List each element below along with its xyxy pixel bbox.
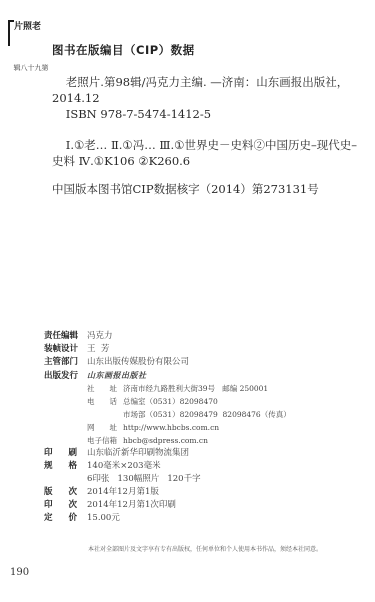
publisher-address: 社 址 济南市经九路胜利大街39号 邮编 250001 xyxy=(44,382,364,395)
page-number: 190 xyxy=(10,567,29,578)
credit-specs-continued: 6印张 130幅照片 120千字 xyxy=(44,473,364,486)
publisher-logo: 山东画报出版社 xyxy=(87,369,147,382)
title-bracket-bar xyxy=(8,20,10,46)
publisher-phone-market: 市场部（0531）82098479 82098476（传真） xyxy=(44,408,364,421)
credit-cover-design: 装帧设计 王 芳 xyxy=(44,343,364,356)
credit-price: 定 价 15.00元 xyxy=(44,512,364,525)
cip-entry-line2: 2014.12 xyxy=(52,90,362,106)
credit-responsible-editor: 责任编辑 冯克力 xyxy=(44,330,364,343)
credit-printer: 印 刷 山东临沂新华印刷物流集团 xyxy=(44,447,364,460)
copyright-notice: 本社对全部图片及文字享有专有出版权，任何单位和个人使用本书作品，须经本社同意。 xyxy=(88,544,322,553)
label-char: 格 xyxy=(68,460,77,473)
publisher-email: 电子信箱 hbcb@sdpress.com.cn xyxy=(44,434,364,447)
publisher-phone: 电 话 总编室（0531）82098470 xyxy=(44,395,364,408)
email-label: 电子信箱 xyxy=(87,434,123,447)
volume-number-vertical: 第九十八辑 xyxy=(13,64,48,73)
label-char: 定 xyxy=(44,512,53,525)
cip-classification-line1: Ⅰ.①老… Ⅱ.①冯… Ⅲ.①世界史－史料②中国历史–现代史– xyxy=(52,137,362,153)
credit-value: 15.00元 xyxy=(87,512,120,525)
website-link[interactable]: http://www.hbcbs.com.cn xyxy=(123,421,219,434)
label-char: 版 xyxy=(44,486,53,499)
label-char: 印 xyxy=(44,447,53,460)
credit-specs: 规 格 140毫米×203毫米 xyxy=(44,460,364,473)
credit-value: 2014年12月第1版 xyxy=(87,486,159,499)
credit-edition: 版 次 2014年12月第1版 xyxy=(44,486,364,499)
phone-value: 总编室（0531）82098470 xyxy=(123,395,218,408)
isbn: ISBN 978-7-5474-1412-5 xyxy=(52,106,362,122)
cip-entry-line1: 老照片.第98辑/冯克力主编. —济南：山东画报出版社， xyxy=(52,74,362,90)
credit-supervisor: 主管部门 山东出版传媒股份有限公司 xyxy=(44,356,364,369)
label-char: 印 xyxy=(44,499,53,512)
label-char: 规 xyxy=(44,460,53,473)
label-char: 次 xyxy=(68,499,77,512)
cip-data-block: 老照片.第98辑/冯克力主编. —济南：山东画报出版社， 2014.12 ISB… xyxy=(52,74,362,197)
credit-value: 2014年12月第1次印刷 xyxy=(87,499,176,512)
publisher-website: 网 址 http://www.hbcbs.com.cn xyxy=(44,421,364,434)
sublabel-char: 址 xyxy=(110,421,118,434)
credit-value: 山东出版传媒股份有限公司 xyxy=(87,356,189,369)
credit-value: 山东临沂新华印刷物流集团 xyxy=(87,447,189,460)
cip-verification-number: 中国版本图书馆CIP数据核字（2014）第273131号 xyxy=(52,181,362,197)
cip-heading: 图书在版编目（CIP）数据 xyxy=(52,42,195,58)
cip-classification-line2: 史料 Ⅳ.①K106 ②K260.6 xyxy=(52,153,362,169)
address-value: 济南市经九路胜利大街39号 邮编 250001 xyxy=(123,382,268,395)
credit-label: 装帧设计 xyxy=(44,343,87,356)
sublabel-char: 址 xyxy=(110,382,118,395)
colophon-credits: 责任编辑 冯克力 装帧设计 王 芳 主管部门 山东出版传媒股份有限公司 出版发行… xyxy=(44,330,364,525)
credit-value: 140毫米×203毫米 xyxy=(87,460,161,473)
label-char: 刷 xyxy=(68,447,77,460)
email-link[interactable]: hbcb@sdpress.com.cn xyxy=(123,434,208,447)
credit-label: 责任编辑 xyxy=(44,330,87,343)
sublabel-char: 话 xyxy=(110,395,118,408)
book-title-vertical: 老照片 xyxy=(12,21,39,30)
sublabel-char: 社 xyxy=(87,382,95,395)
credit-label: 出版发行 xyxy=(44,370,87,383)
phone-market-value: 市场部（0531）82098479 82098476（传真） xyxy=(123,408,291,421)
credit-label: 主管部门 xyxy=(44,356,87,369)
sublabel-char: 电 xyxy=(87,395,95,408)
credit-publisher: 出版发行 山东画报出版社 xyxy=(44,369,364,382)
label-char: 次 xyxy=(68,486,77,499)
credit-value: 冯克力 xyxy=(87,330,113,343)
sublabel-char: 网 xyxy=(87,421,95,434)
label-char: 价 xyxy=(68,512,77,525)
credit-value: 王 芳 xyxy=(87,343,109,356)
credit-printing: 印 次 2014年12月第1次印刷 xyxy=(44,499,364,512)
